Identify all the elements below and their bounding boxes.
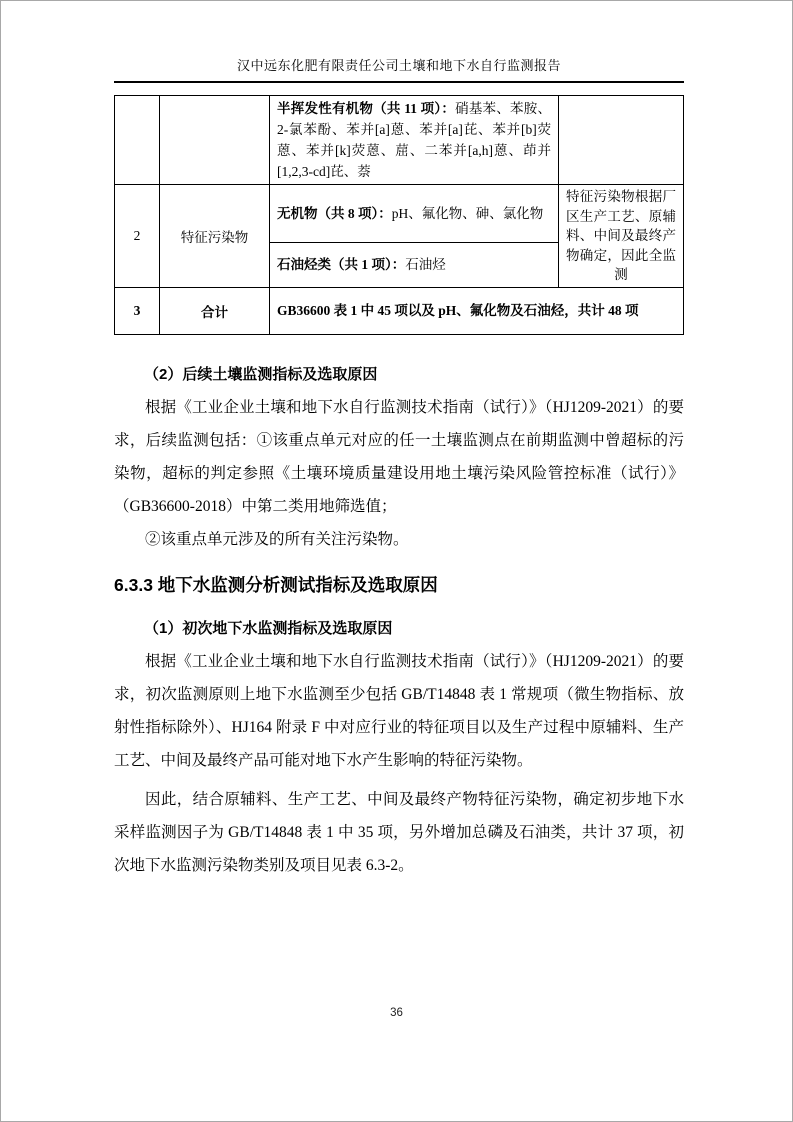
heading-soil-followup: （2）后续土壤监测指标及选取原因	[114, 364, 684, 385]
inorganic-items: pH、氟化物、砷、氯化物	[392, 206, 544, 221]
cell-no-2: 2	[115, 185, 160, 288]
heading-groundwater-initial: （1）初次地下水监测指标及选取原因	[114, 618, 684, 639]
table-row-total: 3 合计 GB36600 表 1 中 45 项以及 pH、氟化物及石油烃，共计 …	[115, 287, 684, 334]
cell-remark-characteristic: 特征污染物根据厂区生产工艺、原辅料、中间及最终产物确定，因此全监测	[559, 185, 684, 288]
header-divider	[114, 81, 684, 83]
petroleum-label: 石油烃类（共 1 项）：	[277, 257, 405, 272]
cell-petroleum-list: 石油烃类（共 1 项）：石油烃	[270, 243, 559, 287]
cell-category-characteristic: 特征污染物	[160, 185, 270, 288]
paragraph-groundwater-1: 根据《工业企业土壤和地下水自行监测技术指南（试行）》（HJ1209-2021）的…	[114, 645, 684, 777]
cell-svoc-list: 半挥发性有机物（共 11 项）：硝基苯、苯胺、2-氯苯酚、苯并[a]蒽、苯并[a…	[270, 96, 559, 185]
cell-no-3: 3	[115, 287, 160, 334]
document-page: 汉中远东化肥有限责任公司土壤和地下水自行监测报告 半挥发性有机物（共 11 项）…	[0, 0, 793, 1122]
page-number: 36	[1, 1007, 792, 1019]
paragraph-soil-1: 根据《工业企业土壤和地下水自行监测技术指南（试行）》（HJ1209-2021）的…	[114, 391, 684, 523]
paragraph-groundwater-2: 因此，结合原辅料、生产工艺、中间及最终产物特征污染物，确定初步地下水采样监测因子…	[114, 783, 684, 882]
cell-category-total: 合计	[160, 287, 270, 334]
table-row-svoc: 半挥发性有机物（共 11 项）：硝基苯、苯胺、2-氯苯酚、苯并[a]蒽、苯并[a…	[115, 96, 684, 185]
cell-category-empty	[160, 96, 270, 185]
svoc-label: 半挥发性有机物（共 11 项）：	[277, 101, 455, 116]
inorganic-label: 无机物（共 8 项）：	[277, 206, 392, 221]
monitoring-indicator-table: 半挥发性有机物（共 11 项）：硝基苯、苯胺、2-氯苯酚、苯并[a]蒽、苯并[a…	[114, 95, 684, 335]
section-heading-633: 6.3.3 地下水监测分析测试指标及选取原因	[114, 572, 684, 598]
table-row-characteristic: 2 特征污染物 无机物（共 8 项）：pH、氟化物、砷、氯化物 特征污染物根据厂…	[115, 185, 684, 243]
cell-inorganic-list: 无机物（共 8 项）：pH、氟化物、砷、氯化物	[270, 185, 559, 243]
petroleum-items: 石油烃	[405, 257, 446, 272]
page-header-title: 汉中远东化肥有限责任公司土壤和地下水自行监测报告	[114, 1, 684, 75]
content-area: 汉中远东化肥有限责任公司土壤和地下水自行监测报告 半挥发性有机物（共 11 项）…	[114, 1, 684, 882]
cell-no-empty	[115, 96, 160, 185]
cell-remark-empty	[559, 96, 684, 185]
paragraph-soil-2: ②该重点单元涉及的所有关注污染物。	[114, 523, 684, 556]
cell-total-summary: GB36600 表 1 中 45 项以及 pH、氟化物及石油烃，共计 48 项	[270, 287, 684, 334]
